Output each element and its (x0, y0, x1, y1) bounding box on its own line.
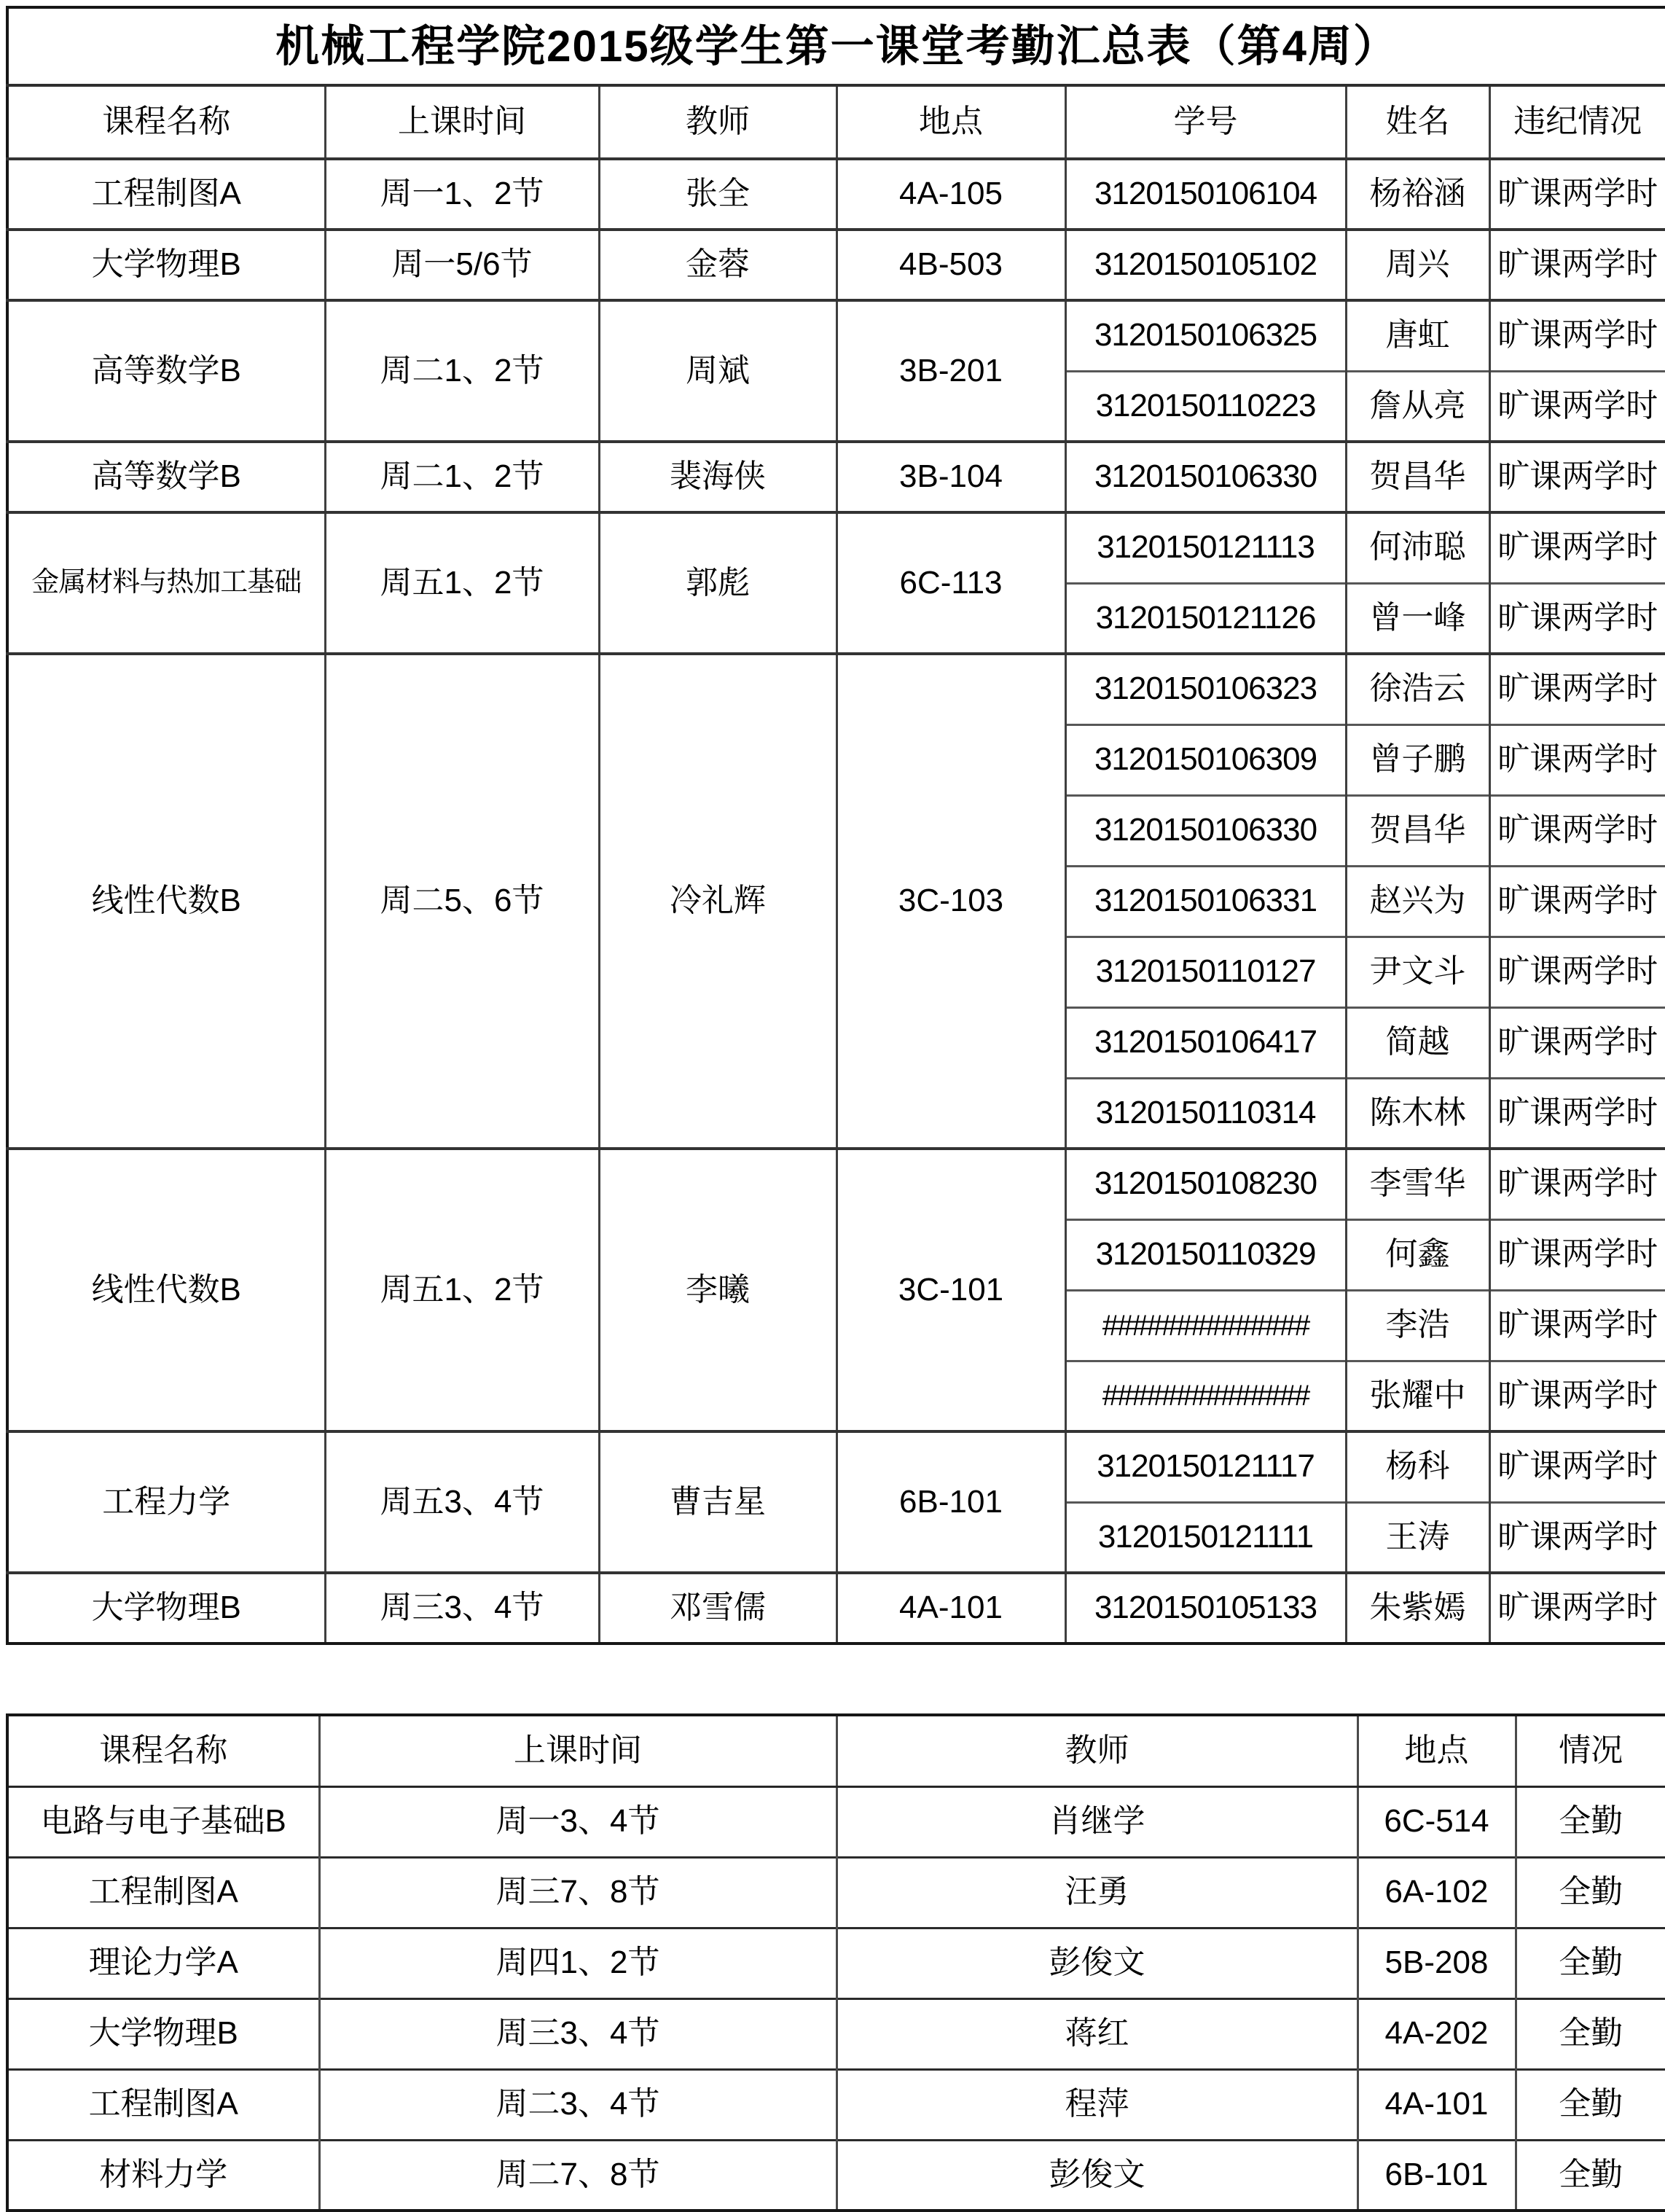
col-header-teacher: 教师 (837, 1715, 1358, 1786)
student-id-cell: 3120150106309 (1065, 724, 1346, 795)
student-id-cell: 3120150121126 (1065, 583, 1346, 654)
student-id-cell: ############## (1065, 1290, 1346, 1361)
violation-cell: 旷课两学时 (1489, 1573, 1665, 1644)
student-id-cell: 3120150110314 (1065, 1078, 1346, 1149)
teacher-cell: 程萍 (837, 2069, 1358, 2140)
student-name-cell: 贺昌华 (1346, 795, 1489, 866)
student-id-cell: 3120150121111 (1065, 1502, 1346, 1573)
location-cell: 3C-103 (837, 654, 1065, 1149)
status-cell: 全勤 (1516, 2140, 1665, 2209)
course-cell: 工程制图A (7, 2069, 319, 2140)
student-name-cell: 曾一峰 (1346, 583, 1489, 654)
violation-cell: 旷课两学时 (1489, 1290, 1665, 1361)
student-id-cell: 3120150106330 (1065, 442, 1346, 512)
col-header-violation: 违纪情况 (1489, 85, 1665, 159)
student-row: 工程制图A周一1、2节张全4A-1053120150106104杨裕涵旷课两学时 (7, 159, 1665, 230)
student-row: 金属材料与热加工基础周五1、2节郭彪6C-1133120150121113何沛聪… (7, 512, 1665, 583)
time-cell: 周三3、4节 (325, 1573, 599, 1644)
location-cell: 4A-101 (1358, 2069, 1516, 2140)
time-cell: 周五1、2节 (325, 1149, 599, 1431)
time-cell: 周一3、4节 (319, 1786, 837, 1857)
teacher-cell: 汪勇 (837, 1857, 1358, 1928)
student-name-cell: 王涛 (1346, 1502, 1489, 1573)
col-header-time: 上课时间 (319, 1715, 837, 1786)
location-cell: 4A-202 (1358, 1998, 1516, 2069)
time-cell: 周一1、2节 (325, 159, 599, 230)
violation-cell: 旷课两学时 (1489, 230, 1665, 300)
student-name-cell: 李雪华 (1346, 1149, 1489, 1219)
teacher-cell: 裴海侠 (599, 442, 837, 512)
attendance-header-row: 课程名称上课时间教师地点学号姓名违纪情况 (7, 85, 1665, 159)
student-row: 高等数学B周二1、2节周斌3B-2013120150106325唐虹旷课两学时 (7, 300, 1665, 371)
student-id-cell: 3120150110223 (1065, 371, 1346, 442)
violation-cell: 旷课两学时 (1489, 724, 1665, 795)
student-name-cell: 张耀中 (1346, 1361, 1489, 1431)
violation-cell: 旷课两学时 (1489, 159, 1665, 230)
title-row: 机械工程学院2015级学生第一课堂考勤汇总表（第4周） (7, 7, 1665, 85)
location-cell: 5B-208 (1358, 1928, 1516, 1998)
location-cell: 4A-105 (837, 159, 1065, 230)
student-id-cell: 3120150105102 (1065, 230, 1346, 300)
full-attendance-header-row: 课程名称上课时间教师地点情况 (7, 1715, 1665, 1786)
course-row: 材料力学周二7、8节彭俊文6B-101全勤 (7, 2140, 1665, 2209)
location-cell: 6B-101 (837, 1431, 1065, 1573)
col-header-student-id: 学号 (1065, 85, 1346, 159)
location-cell: 3C-101 (837, 1149, 1065, 1431)
teacher-cell: 蒋红 (837, 1998, 1358, 2069)
student-id-cell: 3120150105133 (1065, 1573, 1346, 1644)
location-cell: 6B-101 (1358, 2140, 1516, 2209)
course-cell: 工程制图A (7, 159, 325, 230)
student-id-cell: 3120150106323 (1065, 654, 1346, 724)
course-cell: 材料力学 (7, 2140, 319, 2209)
course-cell: 线性代数B (7, 654, 325, 1149)
student-name-cell: 陈木林 (1346, 1078, 1489, 1149)
violation-cell: 旷课两学时 (1489, 1007, 1665, 1078)
student-id-cell: 3120150108230 (1065, 1149, 1346, 1219)
col-header-status: 情况 (1516, 1715, 1665, 1786)
student-id-cell: 3120150110127 (1065, 937, 1346, 1007)
violation-cell: 旷课两学时 (1489, 866, 1665, 937)
course-cell: 金属材料与热加工基础 (7, 512, 325, 654)
time-cell: 周五3、4节 (325, 1431, 599, 1573)
violation-cell: 旷课两学时 (1489, 795, 1665, 866)
student-name-cell: 徐浩云 (1346, 654, 1489, 724)
violation-cell: 旷课两学时 (1489, 300, 1665, 371)
student-id-cell: 3120150106104 (1065, 159, 1346, 230)
student-name-cell: 曾子鹏 (1346, 724, 1489, 795)
status-cell: 全勤 (1516, 2069, 1665, 2140)
course-row: 理论力学A周四1、2节彭俊文5B-208全勤 (7, 1928, 1665, 1998)
time-cell: 周二3、4节 (319, 2069, 837, 2140)
location-cell: 6C-514 (1358, 1786, 1516, 1857)
student-name-cell: 周兴 (1346, 230, 1489, 300)
student-id-cell: 3120150106417 (1065, 1007, 1346, 1078)
violation-cell: 旷课两学时 (1489, 371, 1665, 442)
violation-cell: 旷课两学时 (1489, 1078, 1665, 1149)
course-cell: 工程制图A (7, 1857, 319, 1928)
student-name-cell: 何沛聪 (1346, 512, 1489, 583)
full-attendance-table: 课程名称上课时间教师地点情况 电路与电子基础B周一3、4节肖继学6C-514全勤… (6, 1713, 1665, 2209)
col-header-location: 地点 (837, 85, 1065, 159)
student-name-cell: 赵兴为 (1346, 866, 1489, 937)
student-name-cell: 唐虹 (1346, 300, 1489, 371)
student-id-cell: 3120150106325 (1065, 300, 1346, 371)
teacher-cell: 冷礼辉 (599, 654, 837, 1149)
location-cell: 4A-101 (837, 1573, 1065, 1644)
student-name-cell: 简越 (1346, 1007, 1489, 1078)
status-cell: 全勤 (1516, 1998, 1665, 2069)
student-row: 线性代数B周二5、6节冷礼辉3C-1033120150106323徐浩云旷课两学… (7, 654, 1665, 724)
student-name-cell: 朱紫嫣 (1346, 1573, 1489, 1644)
violation-cell: 旷课两学时 (1489, 1149, 1665, 1219)
teacher-cell: 曹吉星 (599, 1431, 837, 1573)
teacher-cell: 周斌 (599, 300, 837, 442)
course-cell: 大学物理B (7, 230, 325, 300)
student-name-cell: 李浩 (1346, 1290, 1489, 1361)
student-row: 高等数学B周二1、2节裴海侠3B-1043120150106330贺昌华旷课两学… (7, 442, 1665, 512)
student-name-cell: 何鑫 (1346, 1219, 1489, 1290)
location-cell: 3B-104 (837, 442, 1065, 512)
violation-cell: 旷课两学时 (1489, 654, 1665, 724)
course-row: 大学物理B周三3、4节蒋红4A-202全勤 (7, 1998, 1665, 2069)
time-cell: 周二7、8节 (319, 2140, 837, 2209)
time-cell: 周二1、2节 (325, 300, 599, 442)
col-header-teacher: 教师 (599, 85, 837, 159)
status-cell: 全勤 (1516, 1857, 1665, 1928)
time-cell: 周四1、2节 (319, 1928, 837, 1998)
violation-cell: 旷课两学时 (1489, 1431, 1665, 1502)
time-cell: 周三3、4节 (319, 1998, 837, 2069)
col-header-location: 地点 (1358, 1715, 1516, 1786)
violation-cell: 旷课两学时 (1489, 937, 1665, 1007)
student-row: 线性代数B周五1、2节李曦3C-1013120150108230李雪华旷课两学时 (7, 1149, 1665, 1219)
time-cell: 周二1、2节 (325, 442, 599, 512)
attendance-body: 工程制图A周一1、2节张全4A-1053120150106104杨裕涵旷课两学时… (7, 159, 1665, 1644)
violation-cell: 旷课两学时 (1489, 1361, 1665, 1431)
teacher-cell: 彭俊文 (837, 2140, 1358, 2209)
teacher-cell: 郭彪 (599, 512, 837, 654)
student-row: 工程力学周五3、4节曹吉星6B-1013120150121117杨科旷课两学时 (7, 1431, 1665, 1502)
time-cell: 周一5/6节 (325, 230, 599, 300)
student-id-cell: 3120150110329 (1065, 1219, 1346, 1290)
student-id-cell: 3120150121117 (1065, 1431, 1346, 1502)
location-cell: 6C-113 (837, 512, 1065, 654)
teacher-cell: 肖继学 (837, 1786, 1358, 1857)
col-header-time: 上课时间 (325, 85, 599, 159)
student-id-cell: 3120150121113 (1065, 512, 1346, 583)
student-name-cell: 贺昌华 (1346, 442, 1489, 512)
status-cell: 全勤 (1516, 1928, 1665, 1998)
page-title: 机械工程学院2015级学生第一课堂考勤汇总表（第4周） (7, 7, 1665, 85)
course-cell: 大学物理B (7, 1998, 319, 2069)
teacher-cell: 李曦 (599, 1149, 837, 1431)
teacher-cell: 张全 (599, 159, 837, 230)
violation-cell: 旷课两学时 (1489, 442, 1665, 512)
teacher-cell: 彭俊文 (837, 1928, 1358, 1998)
violation-cell: 旷课两学时 (1489, 1219, 1665, 1290)
teacher-cell: 邓雪儒 (599, 1573, 837, 1644)
course-row: 工程制图A周三7、8节汪勇6A-102全勤 (7, 1857, 1665, 1928)
student-name-cell: 杨科 (1346, 1431, 1489, 1502)
col-header-name: 姓名 (1346, 85, 1489, 159)
location-cell: 3B-201 (837, 300, 1065, 442)
course-row: 电路与电子基础B周一3、4节肖继学6C-514全勤 (7, 1786, 1665, 1857)
time-cell: 周三7、8节 (319, 1857, 837, 1928)
col-header-course: 课程名称 (7, 85, 325, 159)
violation-cell: 旷课两学时 (1489, 583, 1665, 654)
col-header-course: 课程名称 (7, 1715, 319, 1786)
status-cell: 全勤 (1516, 1786, 1665, 1857)
time-cell: 周五1、2节 (325, 512, 599, 654)
full-attendance-body: 电路与电子基础B周一3、4节肖继学6C-514全勤工程制图A周三7、8节汪勇6A… (7, 1786, 1665, 2209)
course-cell: 线性代数B (7, 1149, 325, 1431)
violation-cell: 旷课两学时 (1489, 512, 1665, 583)
student-row: 大学物理B周三3、4节邓雪儒4A-1013120150105133朱紫嫣旷课两学… (7, 1573, 1665, 1644)
student-name-cell: 尹文斗 (1346, 937, 1489, 1007)
teacher-cell: 金蓉 (599, 230, 837, 300)
time-cell: 周二5、6节 (325, 654, 599, 1149)
location-cell: 4B-503 (837, 230, 1065, 300)
student-id-cell: 3120150106331 (1065, 866, 1346, 937)
course-cell: 高等数学B (7, 442, 325, 512)
course-row: 工程制图A周二3、4节程萍4A-101全勤 (7, 2069, 1665, 2140)
course-cell: 电路与电子基础B (7, 1786, 319, 1857)
course-cell: 高等数学B (7, 300, 325, 442)
student-id-cell: ############## (1065, 1361, 1346, 1431)
course-cell: 大学物理B (7, 1573, 325, 1644)
course-cell: 理论力学A (7, 1928, 319, 1998)
attendance-table: 机械工程学院2015级学生第一课堂考勤汇总表（第4周） 课程名称上课时间教师地点… (6, 6, 1665, 1645)
course-cell: 工程力学 (7, 1431, 325, 1573)
violation-cell: 旷课两学时 (1489, 1502, 1665, 1573)
location-cell: 6A-102 (1358, 1857, 1516, 1928)
student-id-cell: 3120150106330 (1065, 795, 1346, 866)
student-name-cell: 詹从亮 (1346, 371, 1489, 442)
student-name-cell: 杨裕涵 (1346, 159, 1489, 230)
student-row: 大学物理B周一5/6节金蓉4B-5033120150105102周兴旷课两学时 (7, 230, 1665, 300)
